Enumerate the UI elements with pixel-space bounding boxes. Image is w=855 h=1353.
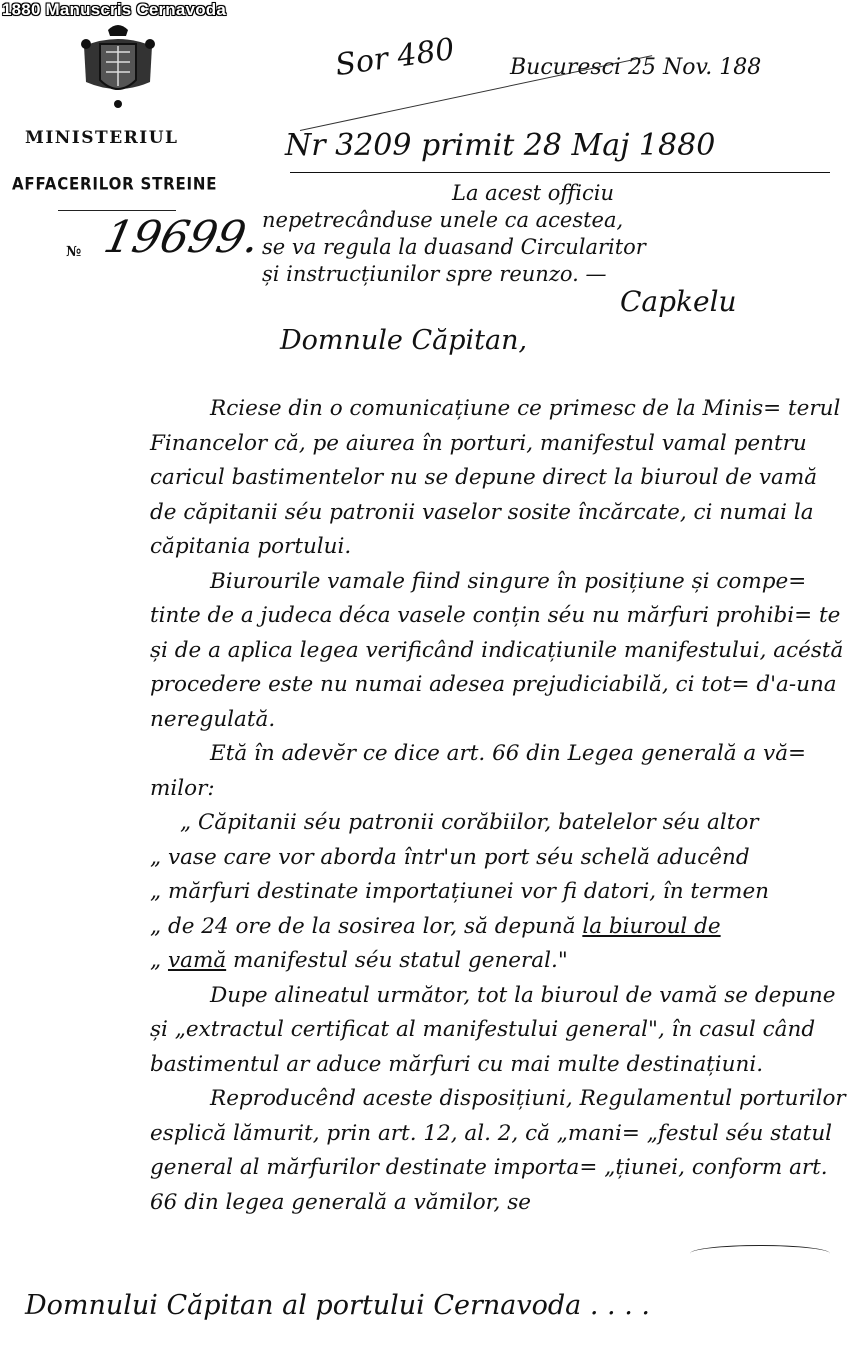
margin-annotation: La acest officiu nepetrecânduse unele ca… — [262, 180, 852, 288]
document-number-value: 19699. — [100, 212, 265, 263]
annotation-line: La acest officiu — [262, 180, 852, 207]
ministry-title-line2: AFFACERILOR STREINE — [12, 174, 217, 195]
annotation-line: nepetrecânduse unele ca acestea, — [262, 207, 852, 234]
document-number-label: № — [66, 244, 81, 260]
annotation-line: se va regula la duasand Circularitor — [262, 234, 852, 261]
annotation-divider — [290, 172, 830, 173]
quote-line: „ vamă manifestul séu statul general." — [150, 944, 850, 979]
image-caption-banner: 1880 Manuscris Cernavoda — [2, 0, 226, 20]
annotation-line: și instrucțiunilor spre reunzo. — — [262, 261, 852, 288]
city-date: Bucuresci 25 Nov. 188 — [510, 55, 761, 80]
quote-line: „ mărfuri destinate importațiunei vor fi… — [150, 875, 850, 910]
coat-of-arms-icon — [70, 22, 166, 114]
letterhead-divider — [58, 210, 176, 211]
body-paragraph: Biurourile vamale fiind singure în posiț… — [150, 565, 850, 738]
underlined-phrase: la biuroul de — [582, 914, 720, 939]
body-paragraph: Reproducênd aceste disposițiuni, Regulam… — [150, 1082, 850, 1220]
underlined-phrase: vamă — [168, 948, 226, 973]
body-paragraph: Rciese din o comunicațiune ce primesc de… — [150, 392, 850, 565]
ministry-title-line1: MINISTERIUL — [25, 128, 179, 148]
quote-line: „ vase care vor aborda într'un port séu … — [150, 841, 850, 876]
body-paragraph: Dupe alineatul următor, tot la biuroul d… — [150, 979, 850, 1083]
quote-line: „ Căpitanii séu patronii corăbiilor, bat… — [150, 806, 850, 841]
quote-line: „ de 24 ore de la sosirea lor, să depună… — [150, 910, 850, 945]
body-paragraph: Etă în adevĕr ce dice art. 66 din Legea … — [150, 737, 850, 806]
signature: Capkelu — [620, 285, 737, 318]
salutation: Domnule Căpitan, — [280, 325, 527, 356]
registration-line: Nr 3209 primit 28 Maj 1880 — [285, 128, 715, 163]
addressee-line: Domnului Căpitan al portului Cernavoda .… — [25, 1290, 650, 1321]
page-continuation-mark — [690, 1245, 830, 1262]
reference-note: Sor 480 — [333, 32, 456, 83]
letter-body: Rciese din o comunicațiune ce primesc de… — [150, 392, 850, 1220]
